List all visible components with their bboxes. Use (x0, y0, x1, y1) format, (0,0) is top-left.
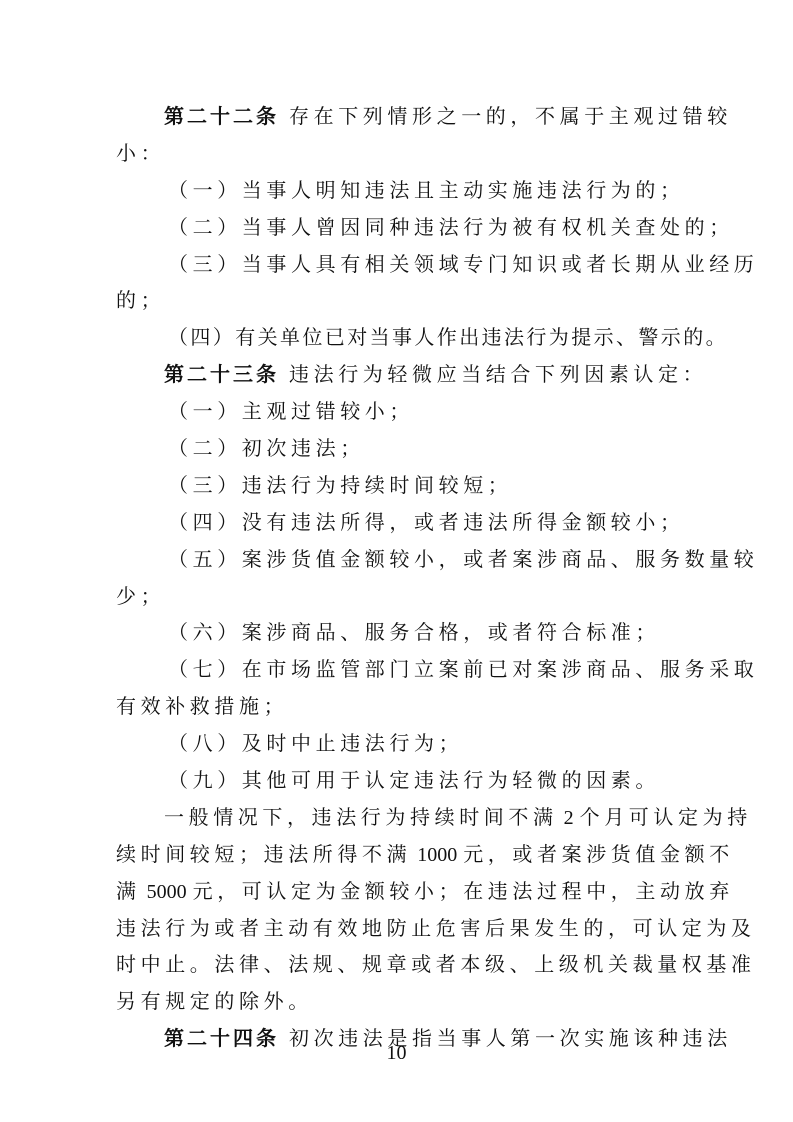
list-item-cont: 有效补救措施； (116, 688, 674, 725)
list-item: （三）当事人具有相关领域专门知识或者长期从业经历 (116, 246, 674, 283)
list-item: （五）案涉货值金额较小，或者案涉商品、服务数量较 (116, 541, 674, 578)
list-item: （八）及时中止违法行为； (116, 725, 674, 762)
list-item: （四）有关单位已对当事人作出违法行为提示、警示的。 (116, 319, 674, 356)
paragraph-line: 一般情况下，违法行为持续时间不满2个月可认定为持 (116, 799, 674, 836)
paragraph-line: 时中止。法律、法规、规章或者本级、上级机关裁量权基准 (116, 946, 674, 983)
article-22-line: 第二十二条存在下列情形之一的，不属于主观过错较 (116, 98, 674, 135)
list-item-cont: 少； (116, 578, 674, 615)
paragraph-line: 续时间较短；违法所得不满1000元，或者案涉货值金额不 (116, 836, 674, 873)
article-23-line: 第二十三条违法行为轻微应当结合下列因素认定： (116, 356, 674, 393)
list-item: （六）案涉商品、服务合格，或者符合标准； (116, 614, 674, 651)
article-heading: 第二十二条 (164, 104, 279, 128)
paragraph-line: 违法行为或者主动有效地防止危害后果发生的，可认定为及 (116, 910, 674, 947)
text-line: 小： (116, 135, 674, 172)
list-item: （九）其他可用于认定违法行为轻微的因素。 (116, 762, 674, 799)
list-item: （二）当事人曾因同种违法行为被有权机关查处的； (116, 209, 674, 246)
list-item-cont: 的； (116, 282, 674, 319)
list-item: （四）没有违法所得，或者违法所得金额较小； (116, 504, 674, 541)
list-item: （一）主观过错较小； (116, 393, 674, 430)
list-item: （三）违法行为持续时间较短； (116, 467, 674, 504)
list-item: （七）在市场监管部门立案前已对案涉商品、服务采取 (116, 651, 674, 688)
paragraph-line: 满5000元，可认定为金额较小；在违法过程中，主动放弃 (116, 873, 674, 910)
list-item: （二）初次违法； (116, 430, 674, 467)
page-number: 10 (0, 1042, 793, 1065)
paragraph-line: 另有规定的除外。 (116, 983, 674, 1020)
list-item: （一）当事人明知违法且主动实施违法行为的； (116, 172, 674, 209)
document-page: 第二十二条存在下列情形之一的，不属于主观过错较 小： （一）当事人明知违法且主动… (116, 98, 674, 1057)
article-heading: 第二十三条 (164, 362, 279, 386)
